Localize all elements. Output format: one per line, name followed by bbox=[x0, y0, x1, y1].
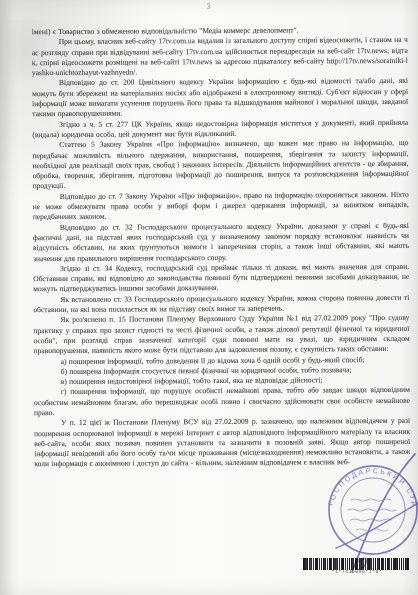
paragraph: Згідно з ч. 5 ст. 277 ЦК України, якщо н… bbox=[32, 118, 408, 141]
svg-text:ГОСПОДАРСЬКИЙ СУД: ГОСПОДАРСЬКИЙ СУД bbox=[328, 468, 418, 509]
stamp-outer-circle bbox=[329, 466, 417, 554]
scan-edge-shadow bbox=[0, 0, 14, 595]
paragraph: Як встановлено ст. 33 Господарського про… bbox=[33, 293, 409, 316]
stamp-inner-text-squiggle bbox=[348, 509, 396, 511]
paragraph: Відповідно до ст. 7 Закону України «Про … bbox=[33, 190, 409, 223]
paragraph: Відповідно до ст. 200 Цивільного кодексу… bbox=[32, 76, 408, 119]
stamp-inner-text-squiggle bbox=[351, 519, 391, 521]
paragraph: Згідно зі ст. 34 Кодексу, господарський … bbox=[33, 262, 409, 295]
document-body: імені) є Товариство з обмеженою відповід… bbox=[32, 25, 411, 470]
paragraph: Як роз'яснено п. 15 Постанови Пленуму Ве… bbox=[33, 313, 409, 356]
paragraph: При цьому, власник веб-сайту 17tv.com.ua… bbox=[32, 35, 408, 78]
stamp-rim-text: ГОСПОДАРСЬКИЙ СУД bbox=[328, 468, 418, 509]
barcode-number: *1*7435096*1*0* bbox=[303, 570, 411, 575]
stamp-inner-circle bbox=[341, 478, 405, 542]
page-number: 3 bbox=[0, 2, 418, 11]
signature-stroke bbox=[352, 454, 415, 572]
signature-stroke bbox=[336, 502, 418, 548]
stamp-inner-text-squiggle bbox=[356, 529, 388, 531]
paragraph: У п. 12 цієї ж Постанови Пленуму ВСУ від… bbox=[34, 416, 410, 470]
barcode: *1*7435096*1*0* bbox=[303, 558, 411, 575]
stamp-inner-text-squiggle bbox=[351, 499, 391, 501]
paragraph: Статтею 5 Закону України «Про інформацію… bbox=[32, 138, 408, 192]
list-item-g: г) поширення інформації, що порушує особ… bbox=[34, 385, 410, 418]
scanned-document-page: 3 імені) є Товариство з обмеженою відпов… bbox=[0, 0, 418, 595]
paragraph: Відповідно до ст. 32 Господарського проц… bbox=[33, 220, 409, 263]
barcode-bars bbox=[303, 558, 409, 570]
